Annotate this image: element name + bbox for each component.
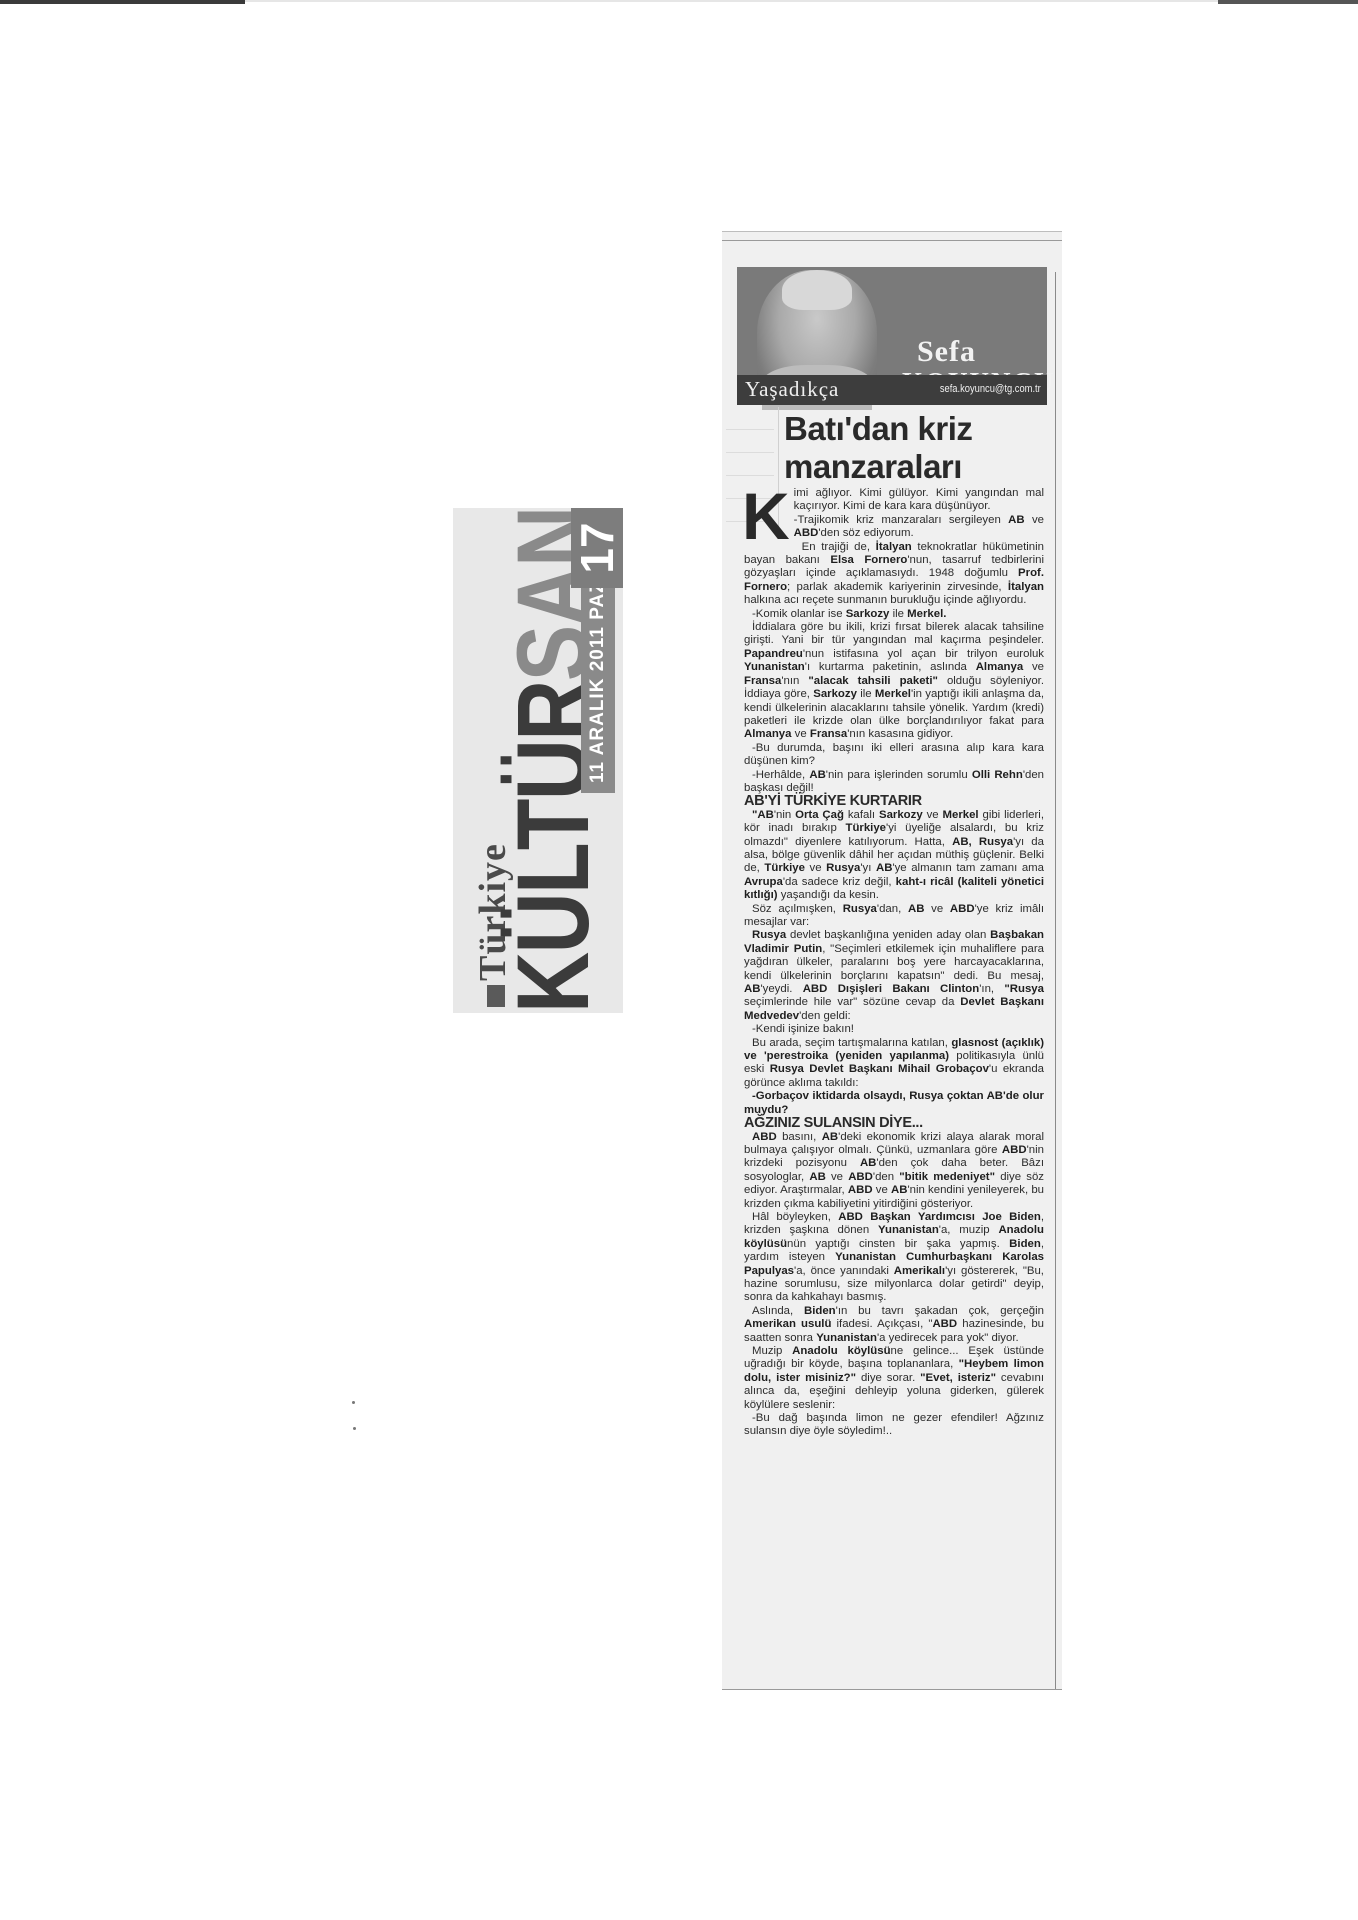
paragraph: ABD basını, AB'deki ekonomik krizi alaya… xyxy=(744,1131,1044,1211)
paragraph: -Gorbaçov iktidarda olsaydı, Rusya çokta… xyxy=(744,1090,1044,1117)
article-clipping: Sefa KOYUNCU Yaşadıkça sefa.koyuncu@tg.c… xyxy=(722,231,1062,1690)
divider xyxy=(1055,272,1056,1690)
article-headline: Batı'dan kriz manzaraları xyxy=(782,410,1052,486)
scan-speck xyxy=(353,1427,356,1430)
scan-speck xyxy=(352,1401,355,1404)
paragraph: Hâl böyleyken, ABD Başkan Yardımcısı Joe… xyxy=(744,1211,1044,1305)
divider xyxy=(722,240,1062,241)
scan-edge xyxy=(1218,0,1358,4)
column-name: Yaşadıkça xyxy=(745,377,839,402)
paragraph: Rusya devlet başkanlığına yeniden aday o… xyxy=(744,929,1044,1023)
page-number: 17 xyxy=(571,508,623,588)
column-bar: Yaşadıkça sefa.koyuncu@tg.com.tr xyxy=(737,375,1047,405)
paragraph: Söz açılmışken, Rusya'dan, AB ve ABD'ye … xyxy=(744,903,1044,930)
subhead: AĞZINIZ SULANSIN DİYE... xyxy=(744,1117,1044,1130)
paragraph: "AB'nin Orta Çağ kafalı Sarkozy ve Merke… xyxy=(744,809,1044,903)
author-email: sefa.koyuncu@tg.com.tr xyxy=(940,383,1041,395)
newspaper-masthead: Türkiye KÜLTÜRSANAT 11 ARALIK 2011 PAZAR… xyxy=(453,508,623,1013)
paragraph: -Komik olanlar ise Sarkozy ile Merkel. xyxy=(744,608,1044,621)
article-body: Kimi ağlıyor. Kimi gülüyor. Kimi yangınd… xyxy=(744,487,1044,1439)
paragraph: -Kendi işinize bakın! xyxy=(744,1023,1044,1036)
paragraph: Aslında, Biden'ın bu tavrı şakadan çok, … xyxy=(744,1305,1044,1345)
paragraph: -Bu dağ başında limon ne gezer efendiler… xyxy=(744,1412,1044,1439)
paragraph: Muzip Anadolu köylüsüne gelince... Eşek … xyxy=(744,1345,1044,1412)
paragraph: Bu arada, seçim tartışmalarına katılan, … xyxy=(744,1037,1044,1091)
scan-edge xyxy=(0,0,245,4)
paragraph: -Bu durumda, başını iki elleri arasına a… xyxy=(744,742,1044,769)
paragraph: Kimi ağlıyor. Kimi gülüyor. Kimi yangınd… xyxy=(744,487,1044,541)
subhead: AB'Yİ TÜRKİYE KURTARIR xyxy=(744,795,1044,808)
divider xyxy=(722,1689,1062,1690)
author-first-name: Sefa xyxy=(917,335,976,369)
paragraph: İddialara göre bu ikili, krizi fırsat bi… xyxy=(744,621,1044,742)
paragraph: -Herhâlde, AB'nin para işlerinden soruml… xyxy=(744,769,1044,796)
scan-edge xyxy=(245,0,1218,2)
drop-cap: K xyxy=(742,489,790,543)
